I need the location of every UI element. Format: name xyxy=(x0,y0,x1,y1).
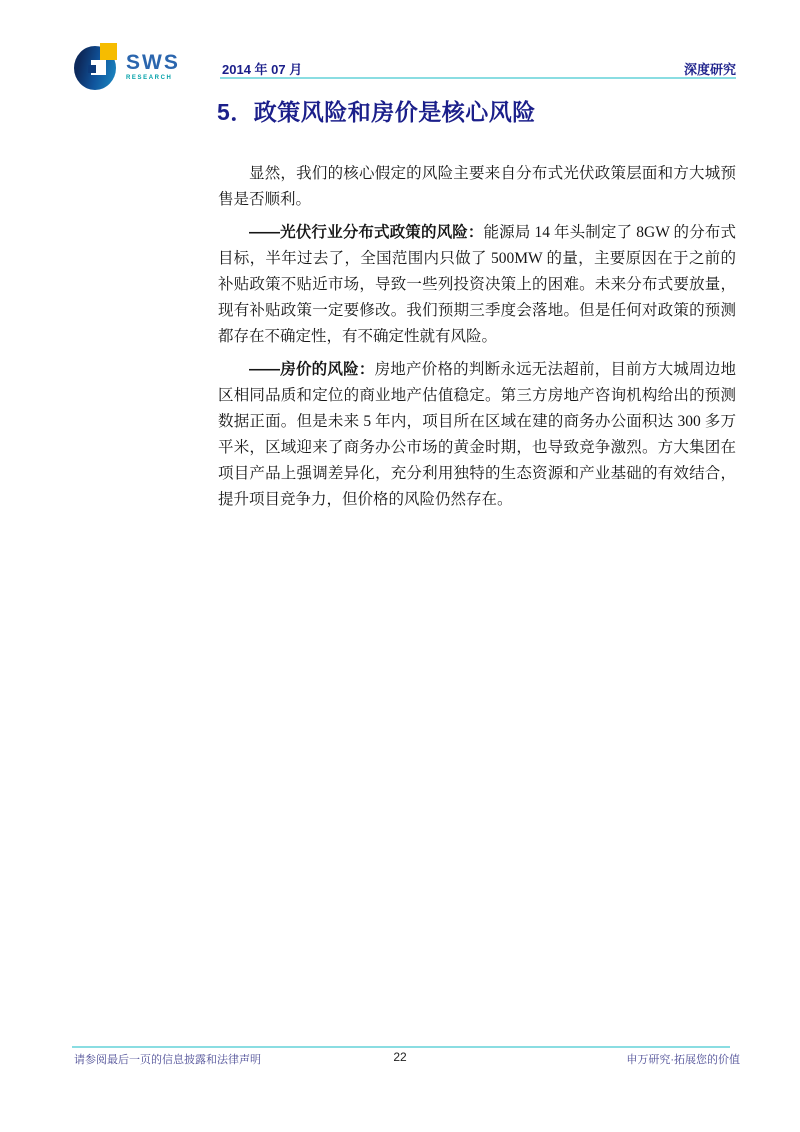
report-type-label: 深度研究 xyxy=(684,59,736,78)
paragraph-text: 房地产价格的判断永远无法超前，目前方大城周边地区相同品质和定位的商业地产估值稳定… xyxy=(218,361,736,508)
body-text: 显然，我们的核心假定的风险主要来自分布式光伏政策层面和方大城预售是否顺利。——光… xyxy=(218,161,736,520)
sws-logo: SWS RESEARCH xyxy=(74,41,174,93)
paragraph-text: 能源局 14 年头制定了 8GW 的分布式目标，半年过去了，全国范围内只做了 5… xyxy=(218,224,736,345)
paragraph-lead-bold: ——房价的风险： xyxy=(249,361,375,378)
paragraph: ——光伏行业分布式政策的风险：能源局 14 年头制定了 8GW 的分布式目标，半… xyxy=(218,220,736,350)
report-date: 2014 年 07 月 xyxy=(222,59,302,78)
logo-yellow-square xyxy=(100,43,117,60)
section-title: 5．政策风险和房价是核心风险 xyxy=(217,94,737,127)
header-divider xyxy=(220,77,736,79)
logo-blue-square xyxy=(88,65,96,73)
logo-sws-wordmark: SWS xyxy=(126,53,180,73)
paragraph: ——房价的风险：房地产价格的判断永远无法超前，目前方大城周边地区相同品质和定位的… xyxy=(218,357,736,513)
footer-brand-slogan: 申万研究·拓展您的价值 xyxy=(626,1051,740,1067)
paragraph-text: 显然，我们的核心假定的风险主要来自分布式光伏政策层面和方大城预售是否顺利。 xyxy=(218,165,736,208)
paragraph-lead-bold: ——光伏行业分布式政策的风险： xyxy=(249,224,484,241)
sws-logo-icon xyxy=(74,43,120,91)
logo-research-wordmark: RESEARCH xyxy=(126,75,180,81)
paragraph: 显然，我们的核心假定的风险主要来自分布式光伏政策层面和方大城预售是否顺利。 xyxy=(218,161,736,213)
report-page: SWS RESEARCH 2014 年 07 月 深度研究 5．政策风险和房价是… xyxy=(0,0,800,1132)
logo-text-block: SWS RESEARCH xyxy=(126,53,180,81)
footer-divider xyxy=(72,1046,730,1048)
